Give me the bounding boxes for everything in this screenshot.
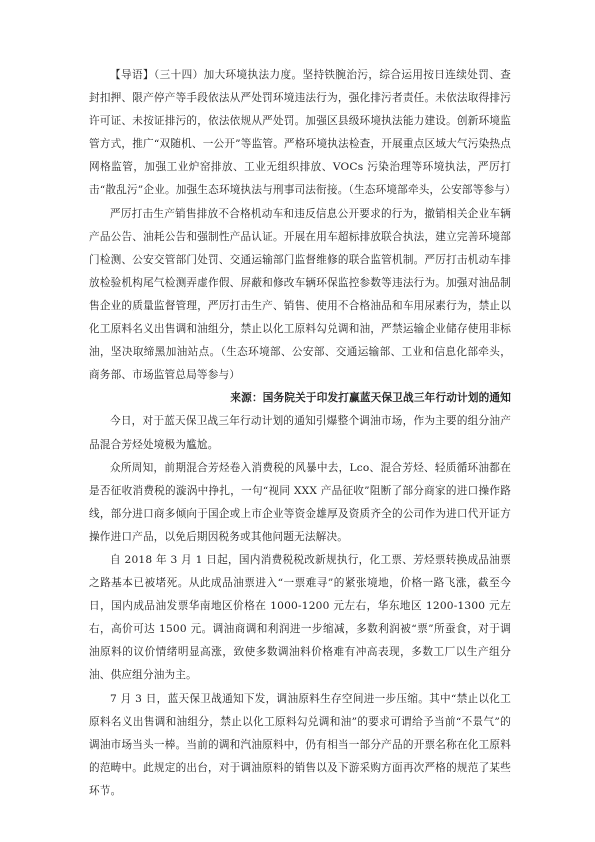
lead-paragraph-text: （三十四）加大环境执法力度。坚持铁腕治污，综合运用按日连续处罚、查封扣押、限产停… <box>89 69 516 196</box>
body-paragraph-consumption-tax: 众所周知，前期混合芳烃卷入消费税的风暴中去，Lco、混合芳烃、轻质循环油都在是否… <box>89 457 511 549</box>
body-paragraph-today: 今日，对于蓝天保卫战三年行动计划的通知引爆整个调油市场，作为主要的组分油产品混合… <box>89 410 511 456</box>
body-paragraph-tax-reform: 自 2018 年 3 月 1 日起，国内消费税税改新规执行，化工票、芳烃票转换成… <box>89 549 511 688</box>
lead-paragraph: 【导语】（三十四）加大环境执法力度。坚持铁腕治污，综合运用按日连续处罚、查封扣押… <box>89 64 511 203</box>
document-page: 【导语】（三十四）加大环境执法力度。坚持铁腕治污，综合运用按日连续处罚、查封扣押… <box>89 64 511 803</box>
body-paragraph-enforcement: 严厉打击生产销售排放不合格机动车和违反信息公开要求的行为，撤销相关企业车辆产品公… <box>89 203 511 388</box>
body-paragraph-july-notice: 7 月 3 日，蓝天保卫战通知下发，调油原料生存空间进一步压缩。其中“禁止以化工… <box>89 688 511 803</box>
lead-tag: 【导语】 <box>110 69 154 81</box>
source-citation: 来源：国务院关于印发打赢蓝天保卫战三年行动计划的通知 <box>89 387 511 410</box>
